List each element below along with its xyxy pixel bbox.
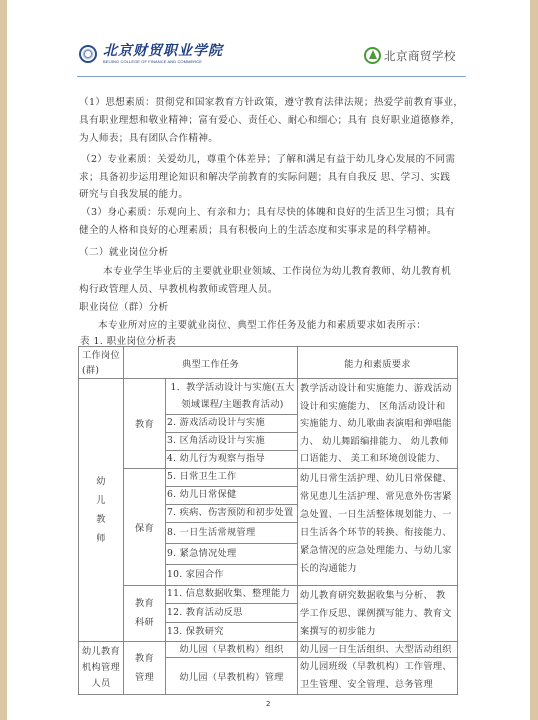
task-9: 9. 紧急情况处理 xyxy=(166,543,298,564)
ability-research: 幼儿教育研究数据收集与分析、 教学工作反思、课例撰写能力、教育文案撰写的初步能力 xyxy=(298,585,458,641)
mgmt-task-1: 幼儿园（早教机构）组织 xyxy=(166,641,298,657)
area-research: 教育科研 xyxy=(124,585,166,641)
p2-line-3: 研究与自我发展的能力。 xyxy=(79,188,188,202)
table-row: 幼儿教师 教育 1．教学活动设计与实施(五大领域课程/主题教育活动) 教学活动设… xyxy=(79,379,458,415)
tree-emblem-icon xyxy=(364,47,381,64)
header-tasks: 典型工作任务 xyxy=(124,347,298,379)
mgmt-ability-2: 幼儿园班级（早教机构）工作管理、卫生管理、安全管理、总务管理 xyxy=(298,657,458,694)
page-number: 2 xyxy=(266,700,270,708)
p3-line-1: （3）身心素质：乐观向上、有亲和力；具有尽快的体魄和良好的生活卫生习惯；具有 xyxy=(81,206,455,220)
header-position: 工作岗位(群) xyxy=(79,347,124,379)
task-6: 6. 幼儿日常保健 xyxy=(166,486,298,504)
p4-line-1: 本专业学生毕业后的主要就业职业领域、工作岗位为幼儿教育教师、幼儿教育机 xyxy=(103,265,451,279)
mgmt-task-2: 幼儿园（早教机构）管理 xyxy=(166,657,298,694)
task-10: 10. 家园合作 xyxy=(166,564,298,585)
school-name: 北京商贸学校 xyxy=(384,48,456,64)
position-teacher: 幼儿教师 xyxy=(79,379,124,642)
task-4: 4. 幼儿行为观察与指导 xyxy=(166,450,298,468)
school-logo: 北京商贸学校 xyxy=(364,47,456,64)
task-1: 1．教学活动设计与实施(五大领域课程/主题教育活动) xyxy=(166,379,298,415)
table-row: 教育科研 11. 信息数据收集、整理能力 幼儿教育研究数据收集与分析、 教学工作… xyxy=(79,585,458,604)
task-13: 13. 保教研究 xyxy=(166,622,298,641)
job-analysis-table: 工作岗位(群) 典型工作任务 能力和素质要求 幼儿教师 教育 1．教学活动设计与… xyxy=(78,346,458,695)
position-manager: 幼儿教育机构管理人员 xyxy=(79,641,124,694)
p2-line-1: （2）专业素质：关爱幼儿，尊重个体差异；了解和满足有益于幼儿身心发展的不同需 xyxy=(81,153,455,167)
college-name-cn: 北京财贸职业学院 xyxy=(103,44,223,59)
header-abilities: 能力和素质要求 xyxy=(298,347,458,379)
mgmt-ability-1: 幼儿园一日生活组织、大型活动组织 xyxy=(298,641,458,657)
header-divider xyxy=(77,76,466,77)
p1-line-2: 具有职业理想和敬业精神；富有爱心、责任心、耐心和细心；具有 良好职业道德修养， xyxy=(79,114,460,128)
table-row: 保育 5. 日常卫生工作 幼儿日常生活护理、幼儿日常保健、常见患儿生活护理、常见… xyxy=(79,468,458,486)
ability-care: 幼儿日常生活护理、幼儿日常保健、常见患儿生活护理、常见意外伤害紧急处置、一日生活… xyxy=(298,468,458,585)
task-3: 3. 区角活动设计与实施 xyxy=(166,432,298,450)
college-logo: 北京财贸职业学院 BEIJING COLLEGE OF FINANCE AND … xyxy=(79,44,223,64)
area-care: 保育 xyxy=(124,468,166,585)
table-header-row: 工作岗位(群) 典型工作任务 能力和素质要求 xyxy=(79,347,458,379)
section-title: （二）就业岗位分析 xyxy=(79,246,169,260)
task-7: 7. 疾病、伤害预防和初步处置 xyxy=(166,504,298,522)
task-2: 2. 游戏活动设计与实施 xyxy=(166,414,298,432)
p1-line-1: （1）思想素质：贯彻党和国家教育方针政策，遵守教育法律法规；热爱学前教育事业， xyxy=(79,96,463,110)
subtitle: 职业岗位（群）分析 xyxy=(79,301,169,315)
ability-education: 教学活动设计和实施能力、游戏活动设计和实施能力、 区角活动设计和实施能力、幼儿歌… xyxy=(298,379,458,469)
task-8: 8. 一日生活常规管理 xyxy=(166,522,298,543)
task-5: 5. 日常卫生工作 xyxy=(166,468,298,486)
task-12: 12. 教育活动反思 xyxy=(166,604,298,623)
p5: 本专业所对应的主要就业岗位、典型工作任务及能力和素质要求如表所示： xyxy=(98,319,426,333)
college-emblem-icon xyxy=(79,45,97,63)
area-management: 教育管理 xyxy=(124,641,166,694)
area-education: 教育 xyxy=(124,379,166,469)
table-row: 幼儿教育机构管理人员 教育管理 幼儿园（早教机构）组织 幼儿园一日生活组织、大型… xyxy=(79,641,458,657)
college-name-en: BEIJING COLLEGE OF FINANCE AND COMMERCE xyxy=(103,59,223,64)
task-11: 11. 信息数据收集、整理能力 xyxy=(166,585,298,604)
p4-line-2: 构行政管理人员、早教机构教师或管理人员。 xyxy=(79,283,278,297)
p2-line-2: 求；具备初步运用理论知识和解决学前教育的实际问题；具有自我反 思、学习、实践 xyxy=(79,171,450,185)
p1-line-3: 为人师表；具有团队合作精神。 xyxy=(79,132,218,146)
p3-line-2: 健全的人格和良好的心理素质；具有积极向上的生活态度和实事求是的科学精神。 xyxy=(79,224,437,238)
